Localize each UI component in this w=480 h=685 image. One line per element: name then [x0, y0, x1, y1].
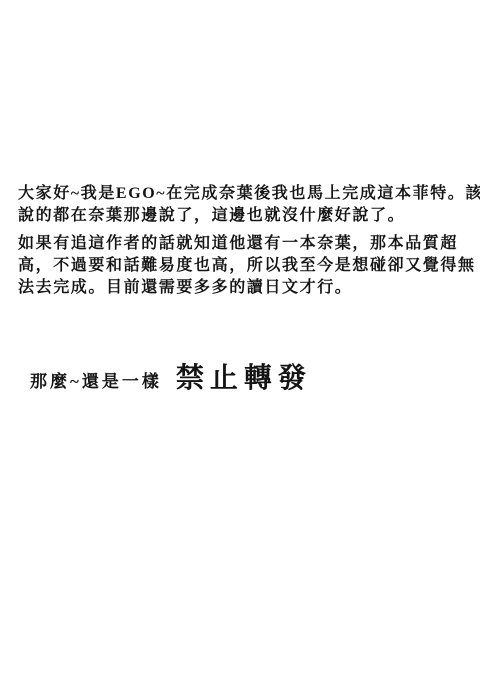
note-paragraph-2: 如果有追這作者的話就知道他還有一本奈葉，那本品質超 高，不過要和話難易度也高，所…	[18, 233, 460, 299]
note-line: 高，不過要和話難易度也高，所以我至今是想碰卻又覺得無	[18, 255, 460, 277]
translator-note-block: 大家好~我是EGO~在完成奈葉後我也馬上完成這本菲特。該 說的都在奈葉那邊說了，…	[18, 183, 460, 305]
translator-note-page: 大家好~我是EGO~在完成奈葉後我也馬上完成這本菲特。該 說的都在奈葉那邊說了，…	[0, 0, 480, 685]
no-repost-notice: 禁止轉發	[176, 356, 312, 396]
note-line: 說的都在奈葉那邊說了，這邊也就沒什麼好說了。	[18, 205, 460, 227]
footer-prefix-text: 那麼~還是一樣	[30, 367, 162, 392]
note-line: 大家好~我是EGO~在完成奈葉後我也馬上完成這本菲特。該	[18, 183, 460, 205]
note-line: 如果有追這作者的話就知道他還有一本奈葉，那本品質超	[18, 233, 460, 255]
footer-line: 那麼~還是一樣 禁止轉發	[30, 356, 312, 396]
note-line: 法去完成。目前還需要多多的讀日文才行。	[18, 277, 460, 299]
note-paragraph-1: 大家好~我是EGO~在完成奈葉後我也馬上完成這本菲特。該 說的都在奈葉那邊說了，…	[18, 183, 460, 227]
